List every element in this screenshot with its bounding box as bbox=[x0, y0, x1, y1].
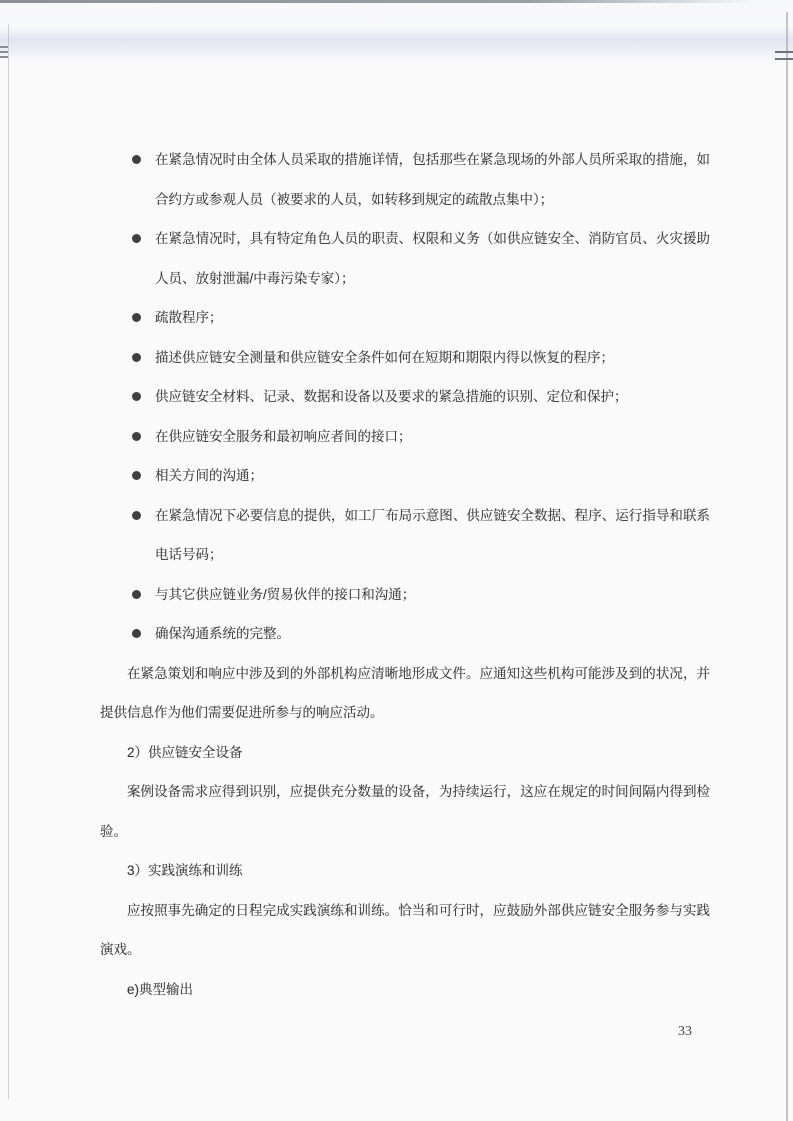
bullet-icon bbox=[132, 511, 141, 520]
list-item: 描述供应链安全测量和供应链安全条件如何在短期和期限内得以恢复的程序； bbox=[100, 338, 710, 378]
scan-top-edge-line bbox=[0, 0, 757, 3]
scan-right-tick bbox=[775, 51, 793, 53]
section-heading: e)典型输出 bbox=[100, 970, 710, 1010]
section-heading: 3）实践演练和训练 bbox=[100, 851, 710, 891]
bullet-text: 与其它供应链业务/贸易伙伴的接口和沟通； bbox=[155, 587, 415, 602]
bullet-text: 在紧急情况下必要信息的提供，如工厂布局示意图、供应链安全数据、程序、运行指导和联… bbox=[155, 508, 710, 563]
page-content: 在紧急情况时由全体人员采取的措施详情，包括那些在紧急现场的外部人员所采取的措施，… bbox=[100, 140, 710, 1009]
section-heading: 2）供应链安全设备 bbox=[100, 733, 710, 773]
list-item: 在供应链安全服务和最初响应者间的接口； bbox=[100, 417, 710, 457]
bullet-list: 在紧急情况时由全体人员采取的措施详情，包括那些在紧急现场的外部人员所采取的措施，… bbox=[100, 140, 710, 654]
scan-left-tick bbox=[0, 51, 8, 53]
list-item: 疏散程序； bbox=[100, 298, 710, 338]
bullet-icon bbox=[132, 234, 141, 243]
bullet-icon bbox=[132, 353, 141, 362]
list-item: 与其它供应链业务/贸易伙伴的接口和沟通； bbox=[100, 575, 710, 615]
bullet-text: 相关方间的沟通； bbox=[155, 468, 263, 483]
bullet-icon bbox=[132, 155, 141, 164]
bullet-icon bbox=[132, 590, 141, 599]
scan-right-edge-line bbox=[786, 12, 788, 1121]
bullet-text: 在紧急情况时由全体人员采取的措施详情，包括那些在紧急现场的外部人员所采取的措施，… bbox=[155, 152, 710, 207]
bullet-text: 疏散程序； bbox=[155, 310, 223, 325]
bullet-icon bbox=[132, 432, 141, 441]
scan-left-edge-line bbox=[8, 24, 9, 1099]
bullet-icon bbox=[132, 392, 141, 401]
bullet-text: 描述供应链安全测量和供应链安全条件如何在短期和期限内得以恢复的程序； bbox=[155, 350, 614, 365]
paragraph: 应按照事先确定的日程完成实践演练和训练。恰当和可行时，应鼓励外部供应链安全服务参… bbox=[100, 891, 710, 970]
list-item: 确保沟通系统的完整。 bbox=[100, 614, 710, 654]
scan-left-tick bbox=[0, 46, 8, 48]
bullet-icon bbox=[132, 471, 141, 480]
scan-right-tick bbox=[775, 58, 793, 60]
scan-blue-band bbox=[0, 26, 793, 60]
paragraph: 在紧急策划和响应中涉及到的外部机构应清晰地形成文件。应通知这些机构可能涉及到的状… bbox=[100, 654, 710, 733]
scan-left-tick bbox=[0, 56, 8, 58]
bullet-text: 确保沟通系统的完整。 bbox=[155, 626, 290, 641]
paragraph: 案例设备需求应得到识别，应提供充分数量的设备，为持续运行，这应在规定的时间间隔内… bbox=[100, 772, 710, 851]
list-item: 在紧急情况时由全体人员采取的措施详情，包括那些在紧急现场的外部人员所采取的措施，… bbox=[100, 140, 710, 219]
bullet-icon bbox=[132, 313, 141, 322]
document-page: 在紧急情况时由全体人员采取的措施详情，包括那些在紧急现场的外部人员所采取的措施，… bbox=[0, 0, 793, 1121]
list-item: 在紧急情况时，具有特定角色人员的职责、权限和义务（如供应链安全、消防官员、火灾援… bbox=[100, 219, 710, 298]
list-item: 在紧急情况下必要信息的提供，如工厂布局示意图、供应链安全数据、程序、运行指导和联… bbox=[100, 496, 710, 575]
page-number: 33 bbox=[678, 1024, 692, 1040]
bullet-text: 在供应链安全服务和最初响应者间的接口； bbox=[155, 429, 412, 444]
bullet-text: 在紧急情况时，具有特定角色人员的职责、权限和义务（如供应链安全、消防官员、火灾援… bbox=[155, 231, 710, 286]
bullet-text: 供应链安全材料、记录、数据和设备以及要求的紧急措施的识别、定位和保护； bbox=[155, 389, 628, 404]
bullet-icon bbox=[132, 629, 141, 638]
list-item: 相关方间的沟通； bbox=[100, 456, 710, 496]
list-item: 供应链安全材料、记录、数据和设备以及要求的紧急措施的识别、定位和保护； bbox=[100, 377, 710, 417]
